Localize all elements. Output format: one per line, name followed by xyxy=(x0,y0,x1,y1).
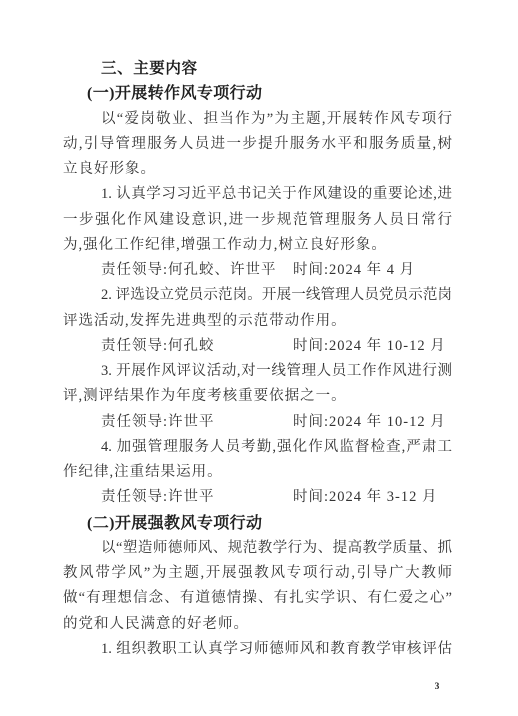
body-text-line: 一步强化作风建设意识,进一步规范管理服务人员日常行 xyxy=(63,208,452,233)
responsible-leader-label: 责任领导:许世平 xyxy=(63,485,215,510)
responsibility-line: 责任领导:何孔蛟时间:2024 年 10-12 月 xyxy=(63,334,452,359)
time-label: 时间:2024 年 3-12 月 xyxy=(293,485,437,510)
responsible-leader-label: 责任领导:何孔蛟、许世平 xyxy=(63,258,277,283)
page-number: 3 xyxy=(430,682,444,692)
body-text-line: 以“塑造师德师风、规范教学行为、提高教学质量、抓 xyxy=(63,536,452,561)
body-text-line: 作纪律,注重结果运用。 xyxy=(63,460,452,485)
body-text-line: 1. 组织教职工认真学习师德师风和教育教学审核评估 xyxy=(63,637,452,662)
body-text-line: 为,强化工作纪律,增强工作动力,树立良好形象。 xyxy=(63,233,452,258)
body-text-line: 立良好形象。 xyxy=(63,157,452,182)
body-text-line: 动,引导管理服务人员进一步提升服务水平和服务质量,树 xyxy=(63,132,452,157)
body-text-line: 做“有理想信念、有道德情操、有扎实学识、有仁爱之心” xyxy=(63,586,452,611)
body-text-line: 2. 评选设立党员示范岗。开展一线管理人员党员示范岗 xyxy=(63,283,452,308)
document-page: 三、主要内容(一)开展转作风专项行动以“爱岗敬业、担当作为”为主题,开展转作风专… xyxy=(0,0,518,716)
time-label: 时间:2024 年 10-12 月 xyxy=(293,410,446,435)
section-heading: 三、主要内容 xyxy=(63,56,452,81)
body-text-line: 教风带学风”为主题,开展强教风专项行动,引导广大教师 xyxy=(63,561,452,586)
body-text-line: 评选活动,发挥先进典型的示范带动作用。 xyxy=(63,309,452,334)
body-text-line: 4. 加强管理服务人员考勤,强化作风监督检查,严肃工 xyxy=(63,435,452,460)
body-text-line: 1. 认真学习习近平总书记关于作风建设的重要论述,进 xyxy=(63,182,452,207)
subsection-heading: (一)开展转作风专项行动 xyxy=(63,81,452,106)
time-label: 时间:2024 年 4 月 xyxy=(293,258,415,283)
responsibility-line: 责任领导:许世平时间:2024 年 3-12 月 xyxy=(63,485,452,510)
time-label: 时间:2024 年 10-12 月 xyxy=(293,334,446,359)
body-text-line: 的党和人民满意的好老师。 xyxy=(63,612,452,637)
document-text-block: 三、主要内容(一)开展转作风专项行动以“爱岗敬业、担当作为”为主题,开展转作风专… xyxy=(63,56,452,662)
body-text-line: 以“爱岗敬业、担当作为”为主题,开展转作风专项行 xyxy=(63,107,452,132)
body-text-line: 评,测评结果作为年度考核重要依据之一。 xyxy=(63,384,452,409)
responsible-leader-label: 责任领导:许世平 xyxy=(63,410,215,435)
responsible-leader-label: 责任领导:何孔蛟 xyxy=(63,334,215,359)
subsection-heading: (二)开展强教风专项行动 xyxy=(63,511,452,536)
responsibility-line: 责任领导:许世平时间:2024 年 10-12 月 xyxy=(63,410,452,435)
body-text-line: 3. 开展作风评议活动,对一线管理人员工作作风进行测 xyxy=(63,359,452,384)
responsibility-line: 责任领导:何孔蛟、许世平时间:2024 年 4 月 xyxy=(63,258,452,283)
